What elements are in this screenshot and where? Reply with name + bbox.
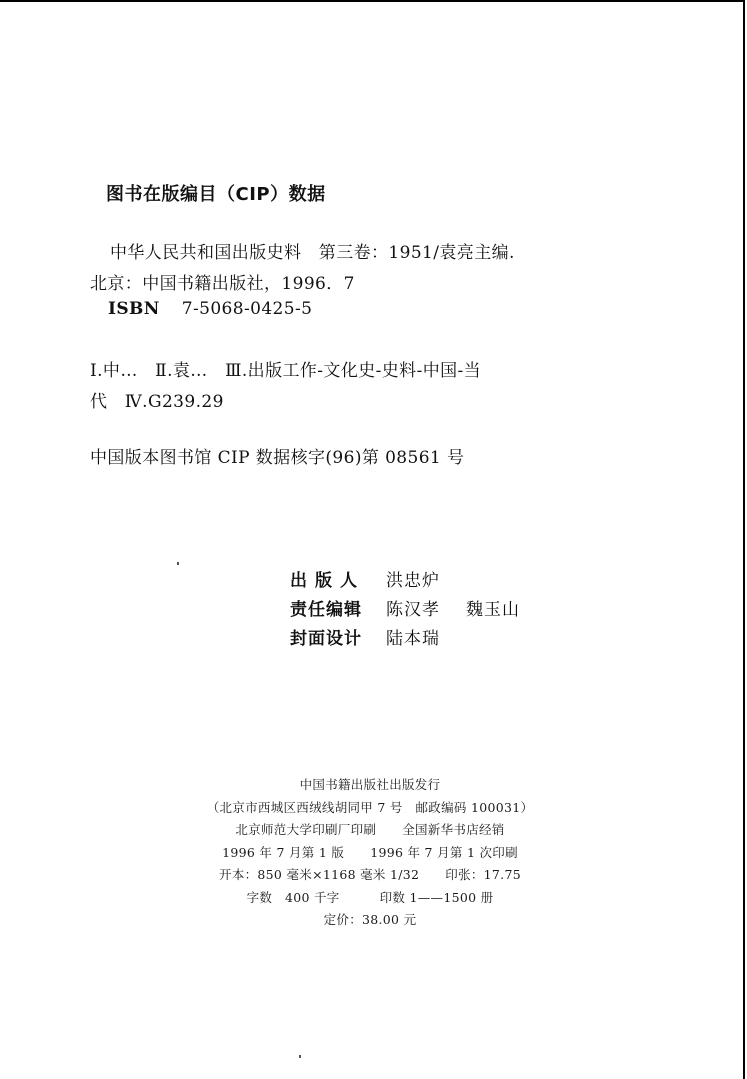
- isbn-value: 7-5068-0425-5: [182, 299, 313, 319]
- imprint-publisher: 中国书籍出版社出版发行: [150, 774, 590, 797]
- scan-speck: [299, 1055, 301, 1058]
- credit-row-editor: 责任编辑 陈汉孝 魏玉山: [290, 593, 546, 622]
- imprint-address: （北京市西城区西绒线胡同甲 7 号 邮政编码 100031）: [150, 797, 590, 820]
- cip-heading: 图书在版编目（CIP）数据: [106, 180, 326, 206]
- cip-isbn-line: ISBN7-5068-0425-5: [108, 299, 312, 319]
- isbn-label: ISBN: [108, 299, 160, 319]
- document-page: 图书在版编目（CIP）数据 中华人民共和国出版史料 第三卷：1951/袁亮主编.…: [0, 0, 745, 1079]
- imprint-edition-printing: 1996 年 7 月第 1 版1996 年 7 月第 1 次印刷: [150, 842, 590, 865]
- imprint-printing: 1996 年 7 月第 1 次印刷: [370, 845, 518, 860]
- imprint-print-run: 印数 1——1500 册: [380, 890, 494, 905]
- imprint-format-sheets: 开本：850 毫米×1168 毫米 1/32印张：17.75: [150, 864, 590, 887]
- imprint-printer: 北京师范大学印刷厂印刷: [235, 822, 376, 837]
- credit-role: 封面设计: [290, 624, 386, 649]
- imprint-format: 开本：850 毫米×1168 毫米 1/32: [219, 867, 419, 882]
- cip-subject-line-1: Ⅰ.中… Ⅱ.袁… Ⅲ.出版工作-文化史-史料-中国-当: [90, 356, 481, 381]
- imprint-block: 中国书籍出版社出版发行 （北京市西城区西绒线胡同甲 7 号 邮政编码 10003…: [150, 774, 590, 932]
- cip-number: 中国版本图书馆 CIP 数据核字(96)第 08561 号: [90, 443, 464, 468]
- imprint-price: 定价：38.00 元: [150, 909, 590, 932]
- imprint-sheets: 印张：17.75: [445, 867, 521, 882]
- credit-name: 陆本瑞: [386, 624, 440, 649]
- cip-subject-line-2: 代 Ⅳ.G239.29: [90, 387, 224, 412]
- cip-publisher-line: 北京：中国书籍出版社，1996．7: [90, 269, 355, 294]
- imprint-distributor: 全国新华书店经销: [402, 822, 504, 837]
- credit-name: 魏玉山: [466, 595, 520, 620]
- imprint-words-runs: 字数 400 千字印数 1——1500 册: [150, 887, 590, 910]
- credit-name: 洪忠炉: [386, 566, 440, 591]
- credit-name: 陈汉孝: [386, 595, 440, 620]
- credit-role: 责任编辑: [290, 595, 386, 620]
- scan-speck: [177, 562, 179, 565]
- imprint-word-count: 字数 400 千字: [247, 890, 340, 905]
- credit-row-publisher: 出版人 洪忠炉: [290, 564, 546, 593]
- credit-role: 出版人: [290, 566, 386, 591]
- credit-row-cover-design: 封面设计 陆本瑞: [290, 622, 546, 651]
- credits-block: 出版人 洪忠炉 责任编辑 陈汉孝 魏玉山 封面设计 陆本瑞: [290, 564, 546, 651]
- imprint-printer-distributor: 北京师范大学印刷厂印刷全国新华书店经销: [150, 819, 590, 842]
- cip-title-line: 中华人民共和国出版史料 第三卷：1951/袁亮主编.: [110, 238, 515, 263]
- imprint-edition: 1996 年 7 月第 1 版: [222, 845, 344, 860]
